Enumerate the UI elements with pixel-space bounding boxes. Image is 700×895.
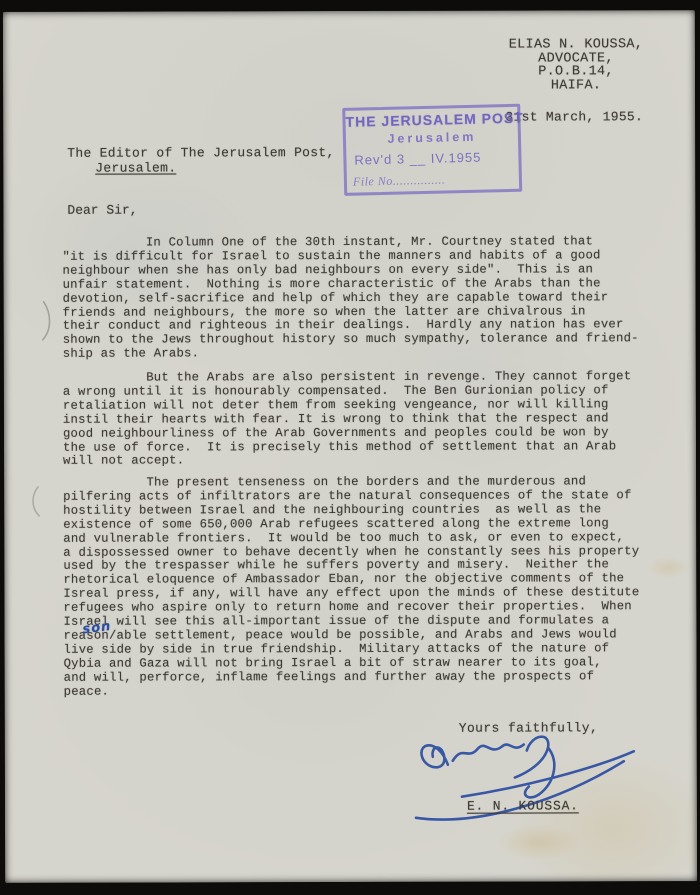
letterhead-city: HAIFA. (501, 79, 651, 93)
recipient-line2: Jerusalem. (95, 160, 334, 176)
recipient-address: The Editor of The Jerusalem Post, Jerusa… (67, 145, 334, 176)
body-paragraph-1: In Column One of the 30th instant, Mr. C… (62, 235, 662, 362)
salutation: Dear Sir, (67, 203, 137, 218)
stamp-city: Jerusalem (346, 129, 518, 147)
body-paragraph-3: The present tenseness on the borders and… (63, 475, 664, 699)
scanned-letter-screenshot: { "letterhead": { "name": "ELIAS N. KOUS… (0, 0, 700, 895)
letter-page: ELIAS N. KOUSSA, ADVOCATE, P.O.B.14, HAI… (3, 10, 697, 883)
typed-signature-name: E. N. KOUSSA. (467, 798, 579, 813)
letterhead-name: ELIAS N. KOUSSA, (501, 38, 651, 52)
stamp-file-number: File No............... (347, 171, 519, 190)
signature-ink (408, 728, 645, 844)
stamp-received-date: Rev'd 3 __ IV.1955 (346, 149, 518, 168)
recipient-line1: The Editor of The Jerusalem Post, (67, 145, 334, 161)
date-line: 31st March, 1955. (505, 109, 643, 124)
received-stamp: THE JERUSALEM POST Jerusalem Rev'd 3 __ … (342, 104, 522, 196)
letterhead: ELIAS N. KOUSSA, ADVOCATE, P.O.B.14, HAI… (501, 38, 651, 92)
letterhead-pob: P.O.B.14, (501, 65, 651, 79)
stamp-organization: THE JERUSALEM POST (345, 110, 517, 130)
margin-pencil-marks (22, 282, 63, 522)
body-paragraph-2: But the Arabs are also persistent in rev… (63, 370, 663, 469)
